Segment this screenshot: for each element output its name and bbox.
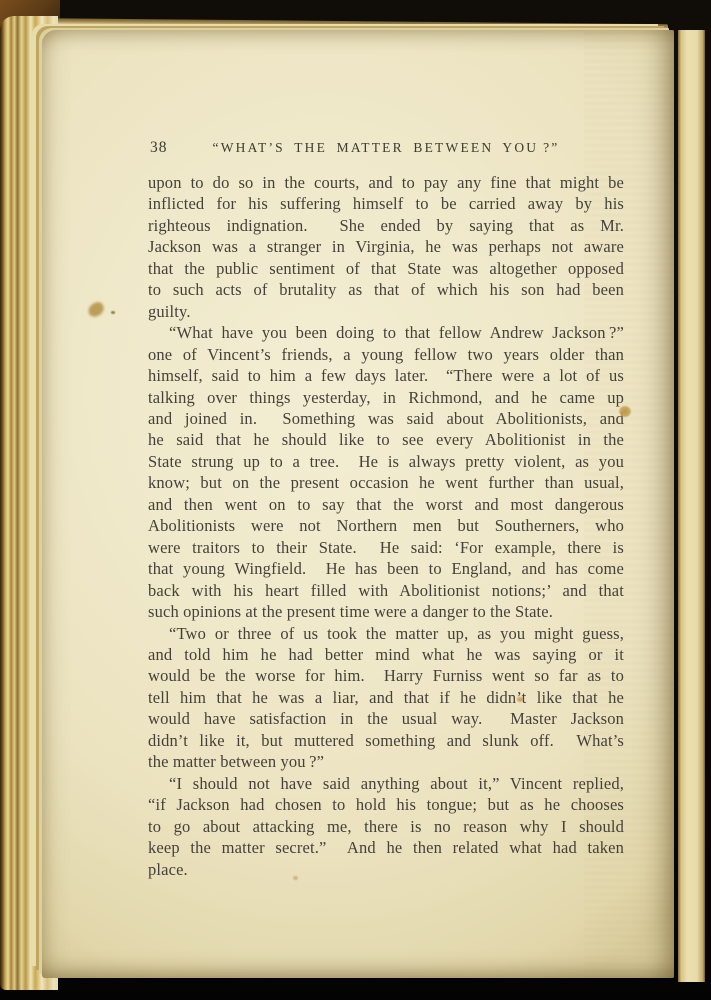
text-line: he said that he should like to see every…: [148, 429, 624, 450]
text-line: know; but on the present occasion he wen…: [148, 472, 624, 493]
text-line: Abolitionists were not Northern men but …: [148, 515, 624, 536]
text-line: place.: [148, 859, 624, 880]
text-line: that the public sentiment of that State …: [148, 258, 624, 279]
text-line: were traitors to their State. He said: ‘…: [148, 537, 624, 558]
running-title: “WHAT’S THE MATTER BETWEEN YOU ?”: [148, 140, 624, 156]
text-line: “What have you been doing to that fellow…: [148, 322, 624, 343]
paragraph: “Two or three of us took the matter up, …: [148, 623, 624, 773]
text-line: such opinions at the present time were a…: [148, 601, 624, 622]
text-line: State strung up to a tree. He is always …: [148, 451, 624, 472]
text-line: didn’t like it, but muttered something a…: [148, 730, 624, 751]
text-line: talking over things yesterday, in Richmo…: [148, 387, 624, 408]
paragraph: “I should not have said anything about i…: [148, 773, 624, 880]
text-line: one of Vincent’s friends, a young fellow…: [148, 344, 624, 365]
text-line: “if Jackson had chosen to hold his tongu…: [148, 794, 624, 815]
page-text-column: 38 “WHAT’S THE MATTER BETWEEN YOU ?” upo…: [148, 140, 624, 880]
text-line: tell him that he was a liar, and that if…: [148, 687, 624, 708]
text-line: righteous indignation. She ended by sayi…: [148, 215, 624, 236]
text-line: and told him he had better mind what he …: [148, 644, 624, 665]
text-line: would have satisfaction in the usual way…: [148, 708, 624, 729]
text-line: inflicted for his suffering himself to b…: [148, 193, 624, 214]
page-header: 38 “WHAT’S THE MATTER BETWEEN YOU ?”: [148, 140, 624, 156]
text-line: Jackson was a stranger in Virginia, he w…: [148, 236, 624, 257]
text-line: and joined in. Something was said about …: [148, 408, 624, 429]
text-line: keep the matter secret.” And he then rel…: [148, 837, 624, 858]
text-line: “Two or three of us took the matter up, …: [148, 623, 624, 644]
text-line: upon to do so in the courts, and to pay …: [148, 172, 624, 193]
text-line: to go about attacking me, there is no re…: [148, 816, 624, 837]
text-line: guilty.: [148, 301, 624, 322]
body-text: upon to do so in the courts, and to pay …: [148, 172, 624, 880]
facing-page-sliver: [678, 30, 705, 982]
paragraph: “What have you been doing to that fellow…: [148, 322, 624, 622]
text-line: would be the worse for him. Harry Furnis…: [148, 665, 624, 686]
page-number: 38: [150, 140, 168, 156]
paragraph: upon to do so in the courts, and to pay …: [148, 172, 624, 322]
scanned-book-photo: 38 “WHAT’S THE MATTER BETWEEN YOU ?” upo…: [0, 0, 711, 1000]
text-line: back with his heart filled with Abolitio…: [148, 580, 624, 601]
text-line: the matter between you ?”: [148, 751, 624, 772]
text-line: himself, said to him a few days later. “…: [148, 365, 624, 386]
text-line: that young Wingfield. He has been to Eng…: [148, 558, 624, 579]
text-line: to such acts of brutality as that of whi…: [148, 279, 624, 300]
text-line: and then went on to say that the worst a…: [148, 494, 624, 515]
text-line: “I should not have said anything about i…: [148, 773, 624, 794]
book-page: 38 “WHAT’S THE MATTER BETWEEN YOU ?” upo…: [42, 30, 674, 978]
